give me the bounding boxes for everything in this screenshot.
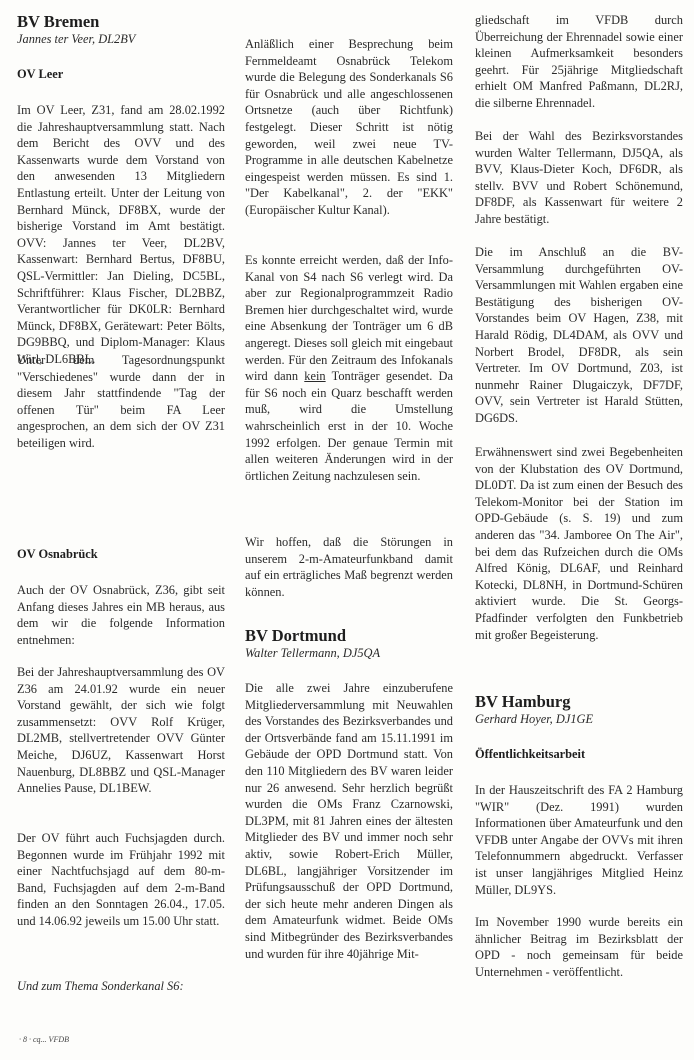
section-title-bv-bremen: BV Bremen (17, 12, 225, 31)
section-title-bv-hamburg: BV Hamburg (475, 692, 683, 711)
underlined-word: kein (304, 369, 325, 383)
paragraph: Unter dem Tagesordnungspunkt "Verschiede… (17, 352, 225, 452)
paragraph: Anläßlich einer Besprechung beim Fernmel… (245, 36, 453, 219)
paragraph: Bei der Jahreshauptversammlung des OV Z3… (17, 664, 225, 797)
paragraph: Die alle zwei Jahre einzuberufene Mitgli… (245, 680, 453, 962)
byline-dortmund: Walter Tellermann, DJ5QA (245, 645, 453, 661)
paragraph: Auch der OV Osnabrück, Z36, gibt seit An… (17, 582, 225, 648)
byline-hamburg: Gerhard Hoyer, DJ1GE (475, 711, 683, 727)
paragraph: Es konnte erreicht werden, daß der Info-… (245, 252, 453, 484)
paragraph: In der Hauszeitschrift des FA 2 Hamburg … (475, 782, 683, 898)
paragraph: Im November 1990 wurde bereits ein ähnli… (475, 914, 683, 980)
paragraph: Die im Anschluß an die BV-Versammlung du… (475, 244, 683, 427)
paragraph: Der OV führt auch Fuchsjagden durch. Beg… (17, 830, 225, 930)
byline-bremen: Jannes ter Veer, DL2BV (17, 31, 225, 47)
paragraph: gliedschaft im VFDB durch Überreichung d… (475, 12, 683, 112)
paragraph: Wir hoffen, daß die Störungen in unserem… (245, 534, 453, 600)
subheading-ov-osnabrueck: OV Osnabrück (17, 546, 225, 562)
paragraph: Erwähnenswert sind zwei Begebenheiten vo… (475, 444, 683, 643)
paragraph: Bei der Wahl des Bezirksvorstandes wurde… (475, 128, 683, 228)
section-title-bv-dortmund: BV Dortmund (245, 626, 453, 645)
subheading-oeffentlichkeitsarbeit: Öffentlichkeitsarbeit (475, 746, 683, 762)
subheading-ov-leer: OV Leer (17, 66, 225, 82)
page-footer: · 8 · cq... VFDB (19, 1035, 69, 1044)
paragraph: Im OV Leer, Z31, fand am 28.02.1992 die … (17, 102, 225, 368)
closing-note: Und zum Thema Sonderkanal S6: (17, 978, 225, 995)
